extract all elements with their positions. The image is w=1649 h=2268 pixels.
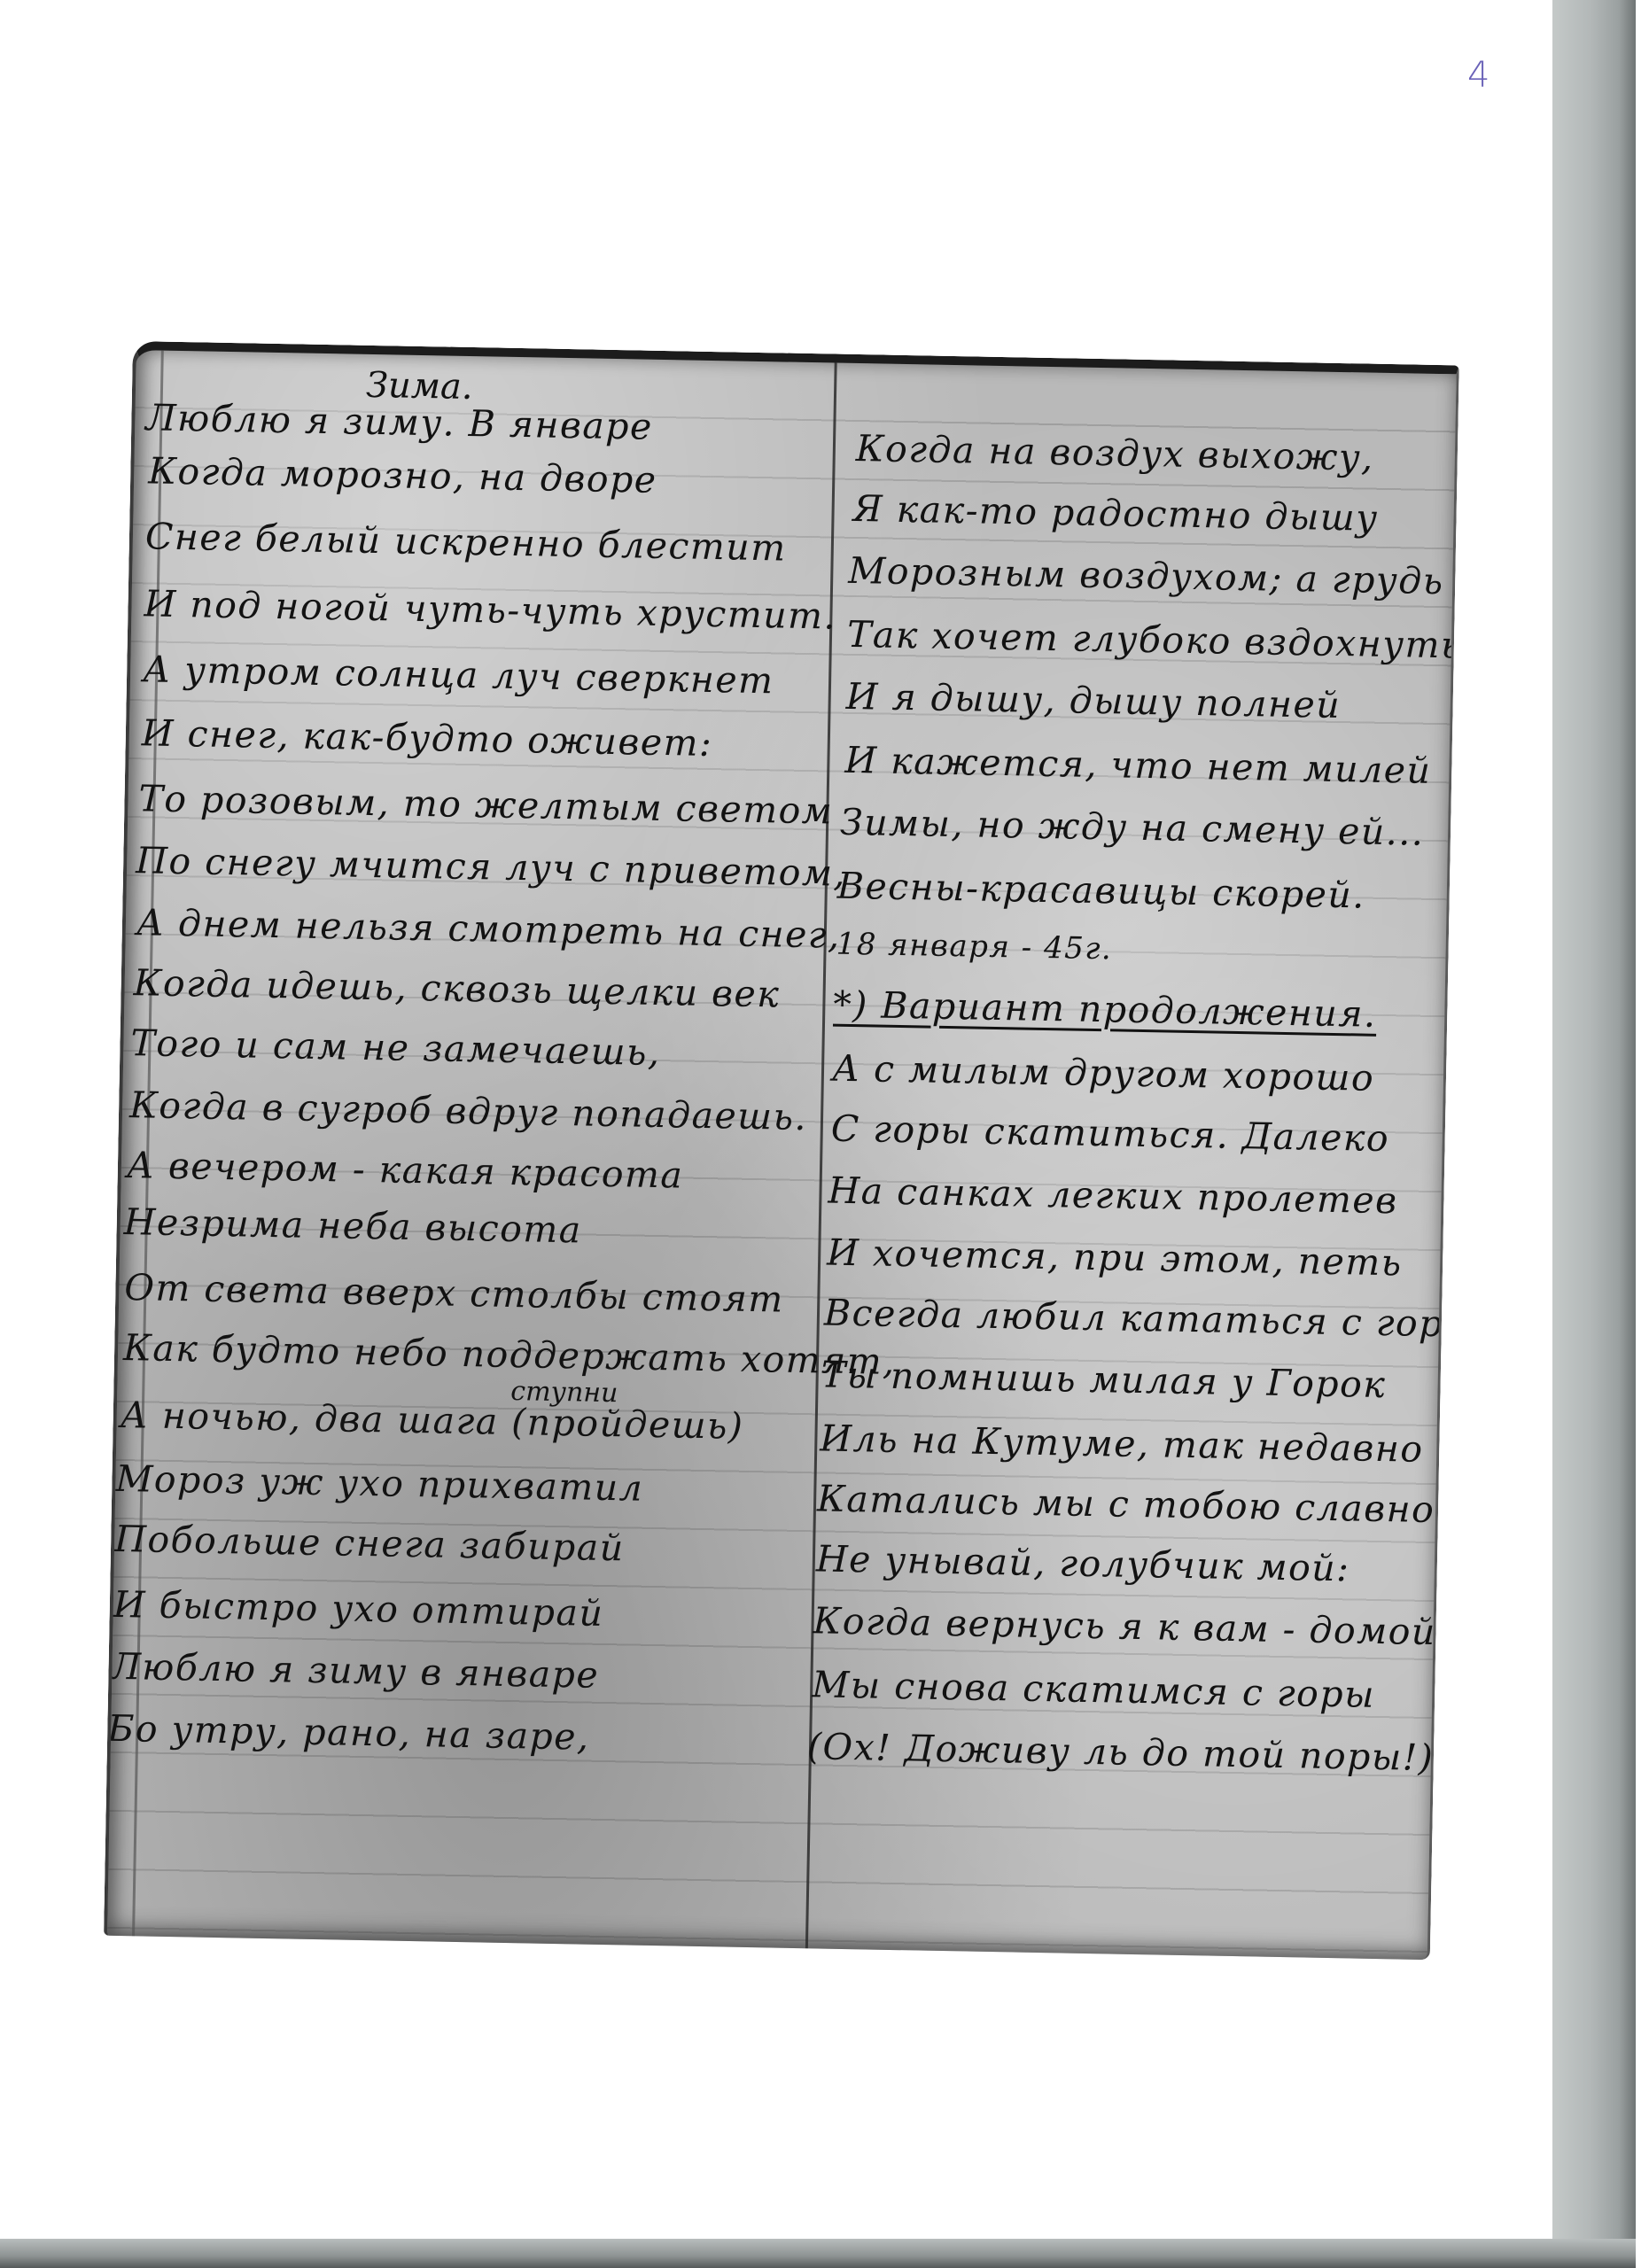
page-number: 4 xyxy=(1467,55,1490,96)
poem-line: Люблю я зиму в январе xyxy=(110,1645,599,1697)
poem-line: Снег белый искренно блестит xyxy=(145,515,787,569)
poem-line: Побольше снега забирай xyxy=(114,1518,625,1570)
poem-line: Когда вернусь я к вам - домой xyxy=(813,1599,1436,1653)
poem-line: Того и сам не замечаешь, xyxy=(130,1021,661,1074)
poem-line: Когда идешь, сквозь щелки век xyxy=(133,961,780,1015)
poem-line: И кажется, что нет милей xyxy=(844,739,1432,792)
poem-line: На санках легких пролетев xyxy=(828,1169,1398,1223)
poem-line: Иль на Кутуме, так недавно xyxy=(820,1417,1424,1470)
poem-line: Когда на воздух выхожу, xyxy=(855,427,1374,479)
poem-line: Когда в сугроб вдруг попадаешь. xyxy=(129,1084,808,1138)
poem-line: А днем нельзя смотреть на снег, xyxy=(136,901,842,957)
poem-line: Как будто небо поддержать хотят, xyxy=(123,1326,896,1383)
poem-line: Когда морозно, на дворе xyxy=(148,449,657,501)
poem-line: Всегда любил кататься с горок xyxy=(824,1291,1459,1346)
poem-line: И я дышу, дышу полней xyxy=(845,675,1341,726)
poem-line: По снегу мчится луч с приветом, xyxy=(136,839,847,895)
poem-line: Весны-красавицы скорей. xyxy=(836,865,1365,917)
poem-line: То розовым, то желтым светом xyxy=(138,777,834,832)
poem-line: Морозным воздухом; а грудь xyxy=(848,549,1444,602)
poem-line: Ты помнишь милая у Горок xyxy=(821,1353,1386,1406)
poem-line: Не унывай, голубчик мой: xyxy=(816,1537,1350,1589)
poem-line: И снег, как-будто оживет: xyxy=(141,711,712,765)
poem-line: Мороз уж ухо прихватил xyxy=(115,1457,644,1510)
variant-heading: *) Вариант продолжения. xyxy=(833,983,1377,1036)
poem-line: А утром солнца луч сверкнет xyxy=(143,648,774,702)
scanner-edge-bottom xyxy=(0,2239,1636,2268)
poem-line: С горы скатиться. Далеко xyxy=(830,1107,1389,1161)
poem-date: 18 января - 45г. xyxy=(836,927,1112,967)
poem-line: От света вверх столбы стоят xyxy=(124,1266,784,1321)
poem-line: И хочется, при этом, петь xyxy=(827,1231,1403,1285)
poem-left-column: Люблю я зиму. В январе Когда морозно, на… xyxy=(140,350,831,362)
poem-line: Мы снова скатимся с горы xyxy=(812,1663,1376,1716)
notebook-sheet: Зима. Люблю я зиму. В январе Когда мороз… xyxy=(104,341,1459,1960)
poem-right-column: Когда на воздух выхожу, Я как-то радостн… xyxy=(852,363,1459,375)
poem-line: Я как-то радостно дышу xyxy=(852,487,1379,540)
poem-line: А ночью, два шага (пройдешь) xyxy=(120,1394,743,1448)
poem-line: (Ох! Доживу ль до той поры!) xyxy=(807,1725,1435,1779)
poem-line: Бо утру, рано, на заре, xyxy=(107,1707,590,1759)
poem-line: Катались мы с тобою славно xyxy=(817,1477,1435,1531)
scanner-edge-right xyxy=(1552,0,1636,2246)
scanner-margin xyxy=(1636,0,1649,2268)
poem-line: Незрима неба высота xyxy=(123,1200,582,1251)
poem-line: И под ногой чуть-чуть хрустит. xyxy=(144,582,836,637)
poem-line: Зимы, но жду на смену ей... xyxy=(840,801,1425,854)
poem-line: А с милым другом хорошо xyxy=(832,1047,1375,1099)
poem-line: Люблю я зиму. В январе xyxy=(145,396,653,447)
poem-line: Так хочет глубоко вздохнуть. xyxy=(847,613,1459,667)
poem-line: И быстро ухо оттирай xyxy=(113,1583,603,1635)
poem-line: А вечером - какая красота xyxy=(127,1144,684,1197)
